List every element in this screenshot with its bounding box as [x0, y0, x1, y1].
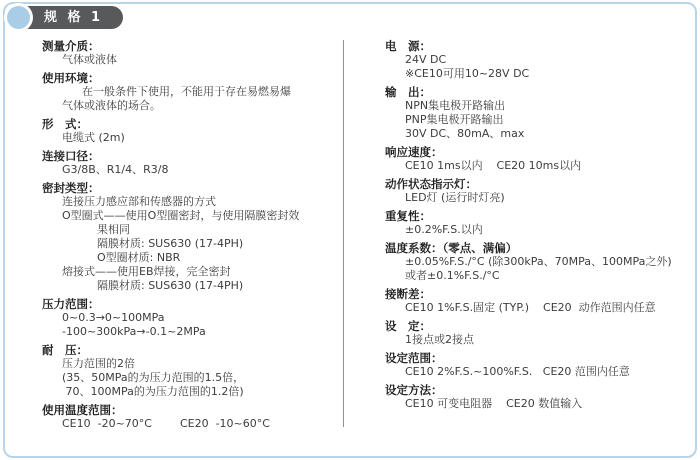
spec-section: 温度系数：（零点、满偏）±0.05%F.S./°C (除300kPa、70MPa…: [385, 241, 685, 283]
spec-heading: 使用环境：: [42, 71, 338, 85]
spec-line: LED灯 (运行时灯亮): [405, 191, 685, 205]
spec-section: 设定范围：CE10 2%F.S.~100%F.S. CE20 范围内任意: [385, 351, 685, 379]
spec-line: 果相同: [97, 223, 338, 237]
spec-line: 或者±0.1%F.S./°C: [405, 269, 685, 283]
spec-section: 形 式：电缆式 (2m): [42, 117, 338, 145]
spec-section: 动作状态指示灯：LED灯 (运行时灯亮): [385, 177, 685, 205]
spec-section: 重复性：±0.2%F.S.以内: [385, 209, 685, 237]
spec-section: 连接口径：G3/8B、R1/4、R3/8: [42, 149, 338, 177]
spec-column-right: 电 源：24V DC※CE10可用10~28V DC输 出：NPN集电极开路输出…: [385, 39, 685, 411]
page-title: 规 格 1: [20, 6, 123, 29]
spec-line: ±0.2%F.S.以内: [405, 223, 685, 237]
spec-heading: 测量介质：: [42, 39, 338, 53]
spec-line: O型圈式——使用O型圈密封，与使用隔膜密封效: [62, 209, 338, 223]
spec-section: 响应速度：CE10 1ms以内 CE20 10ms以内: [385, 145, 685, 173]
spec-line: 连接压力感应部和传感器的方式: [62, 195, 338, 209]
spec-line: CE10 可变电阻器 CE20 数值输入: [405, 397, 685, 411]
spec-heading: 设定范围：: [385, 351, 685, 365]
spec-line: O型圈材质: NBR: [97, 251, 338, 265]
spec-line: CE10 -20~70°C CE20 -10~60°C: [62, 417, 338, 431]
spec-heading: 温度系数：（零点、满偏）: [385, 241, 685, 255]
spec-section: 电 源：24V DC※CE10可用10~28V DC: [385, 39, 685, 81]
spec-section: 使用温度范围：CE10 -20~70°C CE20 -10~60°C: [42, 403, 338, 431]
spec-line: ±0.05%F.S./°C (除300kPa、70MPa、100MPa之外): [405, 255, 685, 269]
spec-line: CE10 1%F.S.固定 (TYP.) CE20 动作范围内任意: [405, 301, 685, 315]
spec-heading: 动作状态指示灯：: [385, 177, 685, 191]
spec-line: G3/8B、R1/4、R3/8: [62, 163, 338, 177]
spec-heading: 使用温度范围：: [42, 403, 338, 417]
spec-line: 隔膜材质: SUS630 (17-4PH): [97, 279, 338, 293]
spec-heading: 耐 压：: [42, 343, 338, 357]
spec-line: ※CE10可用10~28V DC: [405, 67, 685, 81]
spec-heading: 设定方法：: [385, 383, 685, 397]
spec-line: 气体或液体: [62, 53, 338, 67]
spec-heading: 输 出：: [385, 85, 685, 99]
spec-section: 测量介质：气体或液体: [42, 39, 338, 67]
spec-line: 电缆式 (2m): [62, 131, 338, 145]
spec-line: 30V DC、80mA、max: [405, 127, 685, 141]
spec-section: 设定方法：CE10 可变电阻器 CE20 数值输入: [385, 383, 685, 411]
spec-line: (35、50MPa的为压力范围的1.5倍，: [62, 371, 338, 385]
spec-line: 1接点或2接点: [405, 333, 685, 347]
spec-line: 压力范围的2倍: [62, 357, 338, 371]
column-divider: [343, 40, 344, 427]
spec-heading: 形 式：: [42, 117, 338, 131]
spec-line: NPN集电极开路输出: [405, 99, 685, 113]
spec-heading: 重复性：: [385, 209, 685, 223]
spec-section: 设 定：1接点或2接点: [385, 319, 685, 347]
spec-section: 使用环境：在一般条件下使用，不能用于存在易燃易爆气体或液体的场合。: [42, 71, 338, 113]
spec-page: 规 格 1 测量介质：气体或液体使用环境：在一般条件下使用，不能用于存在易燃易爆…: [0, 0, 700, 460]
spec-line: CE10 1ms以内 CE20 10ms以内: [405, 159, 685, 173]
spec-section: 接断差：CE10 1%F.S.固定 (TYP.) CE20 动作范围内任意: [385, 287, 685, 315]
spec-line: 在一般条件下使用，不能用于存在易燃易爆: [82, 85, 338, 99]
spec-line: 气体或液体的场合。: [62, 99, 338, 113]
spec-heading: 接断差：: [385, 287, 685, 301]
spec-line: CE10 2%F.S.~100%F.S. CE20 范围内任意: [405, 365, 685, 379]
spec-column-left: 测量介质：气体或液体使用环境：在一般条件下使用，不能用于存在易燃易爆气体或液体的…: [42, 39, 338, 431]
spec-section: 压力范围：0~0.3→0~100MPa-100~300kPa→-0.1~2MPa: [42, 297, 338, 339]
spec-heading: 密封类型：: [42, 181, 338, 195]
header-dot-icon: [7, 6, 30, 29]
spec-heading: 设 定：: [385, 319, 685, 333]
spec-heading: 连接口径：: [42, 149, 338, 163]
spec-section: 密封类型：连接压力感应部和传感器的方式O型圈式——使用O型圈密封，与使用隔膜密封…: [42, 181, 338, 293]
spec-line: PNP集电极开路输出: [405, 113, 685, 127]
spec-heading: 电 源：: [385, 39, 685, 53]
spec-line: 70、100MPa的为压力范围的1.2倍): [62, 385, 338, 399]
spec-line: 0~0.3→0~100MPa: [62, 311, 338, 325]
spec-heading: 响应速度：: [385, 145, 685, 159]
spec-section: 耐 压：压力范围的2倍(35、50MPa的为压力范围的1.5倍， 70、100M…: [42, 343, 338, 399]
spec-heading: 压力范围：: [42, 297, 338, 311]
spec-line: -100~300kPa→-0.1~2MPa: [62, 325, 338, 339]
spec-line: 隔膜材质: SUS630 (17-4PH): [97, 237, 338, 251]
spec-section: 输 出：NPN集电极开路输出PNP集电极开路输出30V DC、80mA、max: [385, 85, 685, 141]
spec-line: 24V DC: [405, 53, 685, 67]
spec-line: 熔接式——使用EB焊接，完全密封: [62, 265, 338, 279]
